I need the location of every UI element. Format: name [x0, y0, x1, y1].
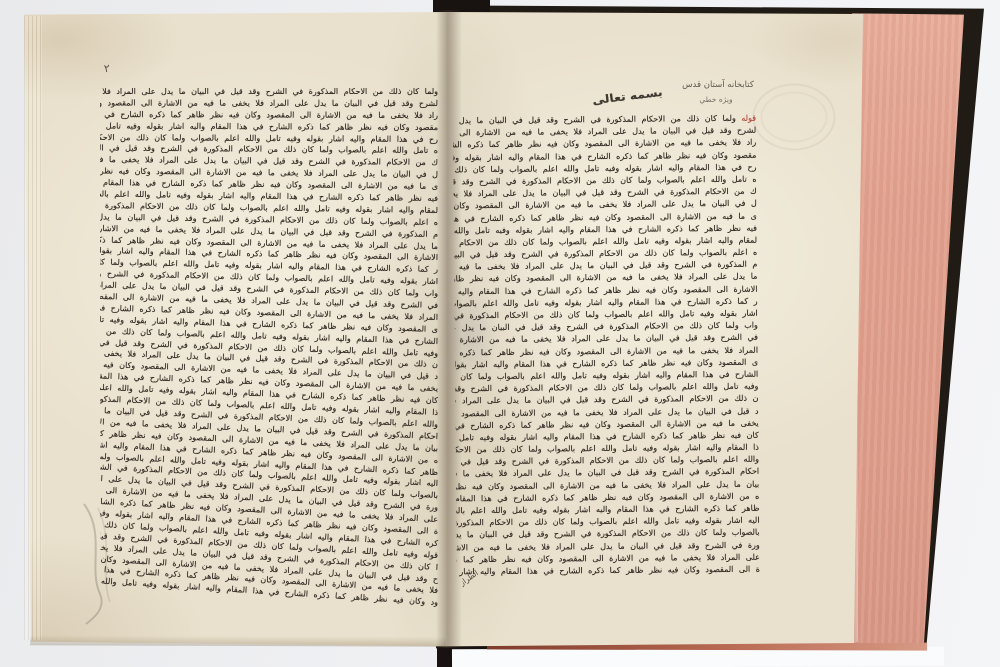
left-page-text-block: ولما كان ذلك من الاحكام المذكورة في الشر…	[100, 86, 438, 609]
embossed-seal-inner-ring	[761, 92, 827, 142]
manuscript-photo-scene: ۲ ولما كان ذلك من الاحكام المذكورة في ال…	[0, 0, 1000, 667]
library-stamp-line1: كتابخانه آستان قدس	[658, 80, 778, 90]
left-page-bottom-edge	[30, 635, 446, 646]
manuscript-text-line: لشرح وقد قيل في البيان ما يدل على المراد…	[100, 97, 438, 109]
right-page-text-block: قوله ولما كان ذلك من الاحكام المذكورة في…	[453, 113, 760, 579]
left-fore-edge-leaves	[24, 16, 42, 640]
embossed-seal-icon	[753, 84, 835, 150]
rubric-opening-word: قوله	[736, 114, 756, 123]
manuscript-text-line: ولما كان ذلك من الاحكام المذكورة في الشر…	[100, 86, 438, 98]
library-stamp-line2: ويژه خطي	[676, 95, 756, 104]
